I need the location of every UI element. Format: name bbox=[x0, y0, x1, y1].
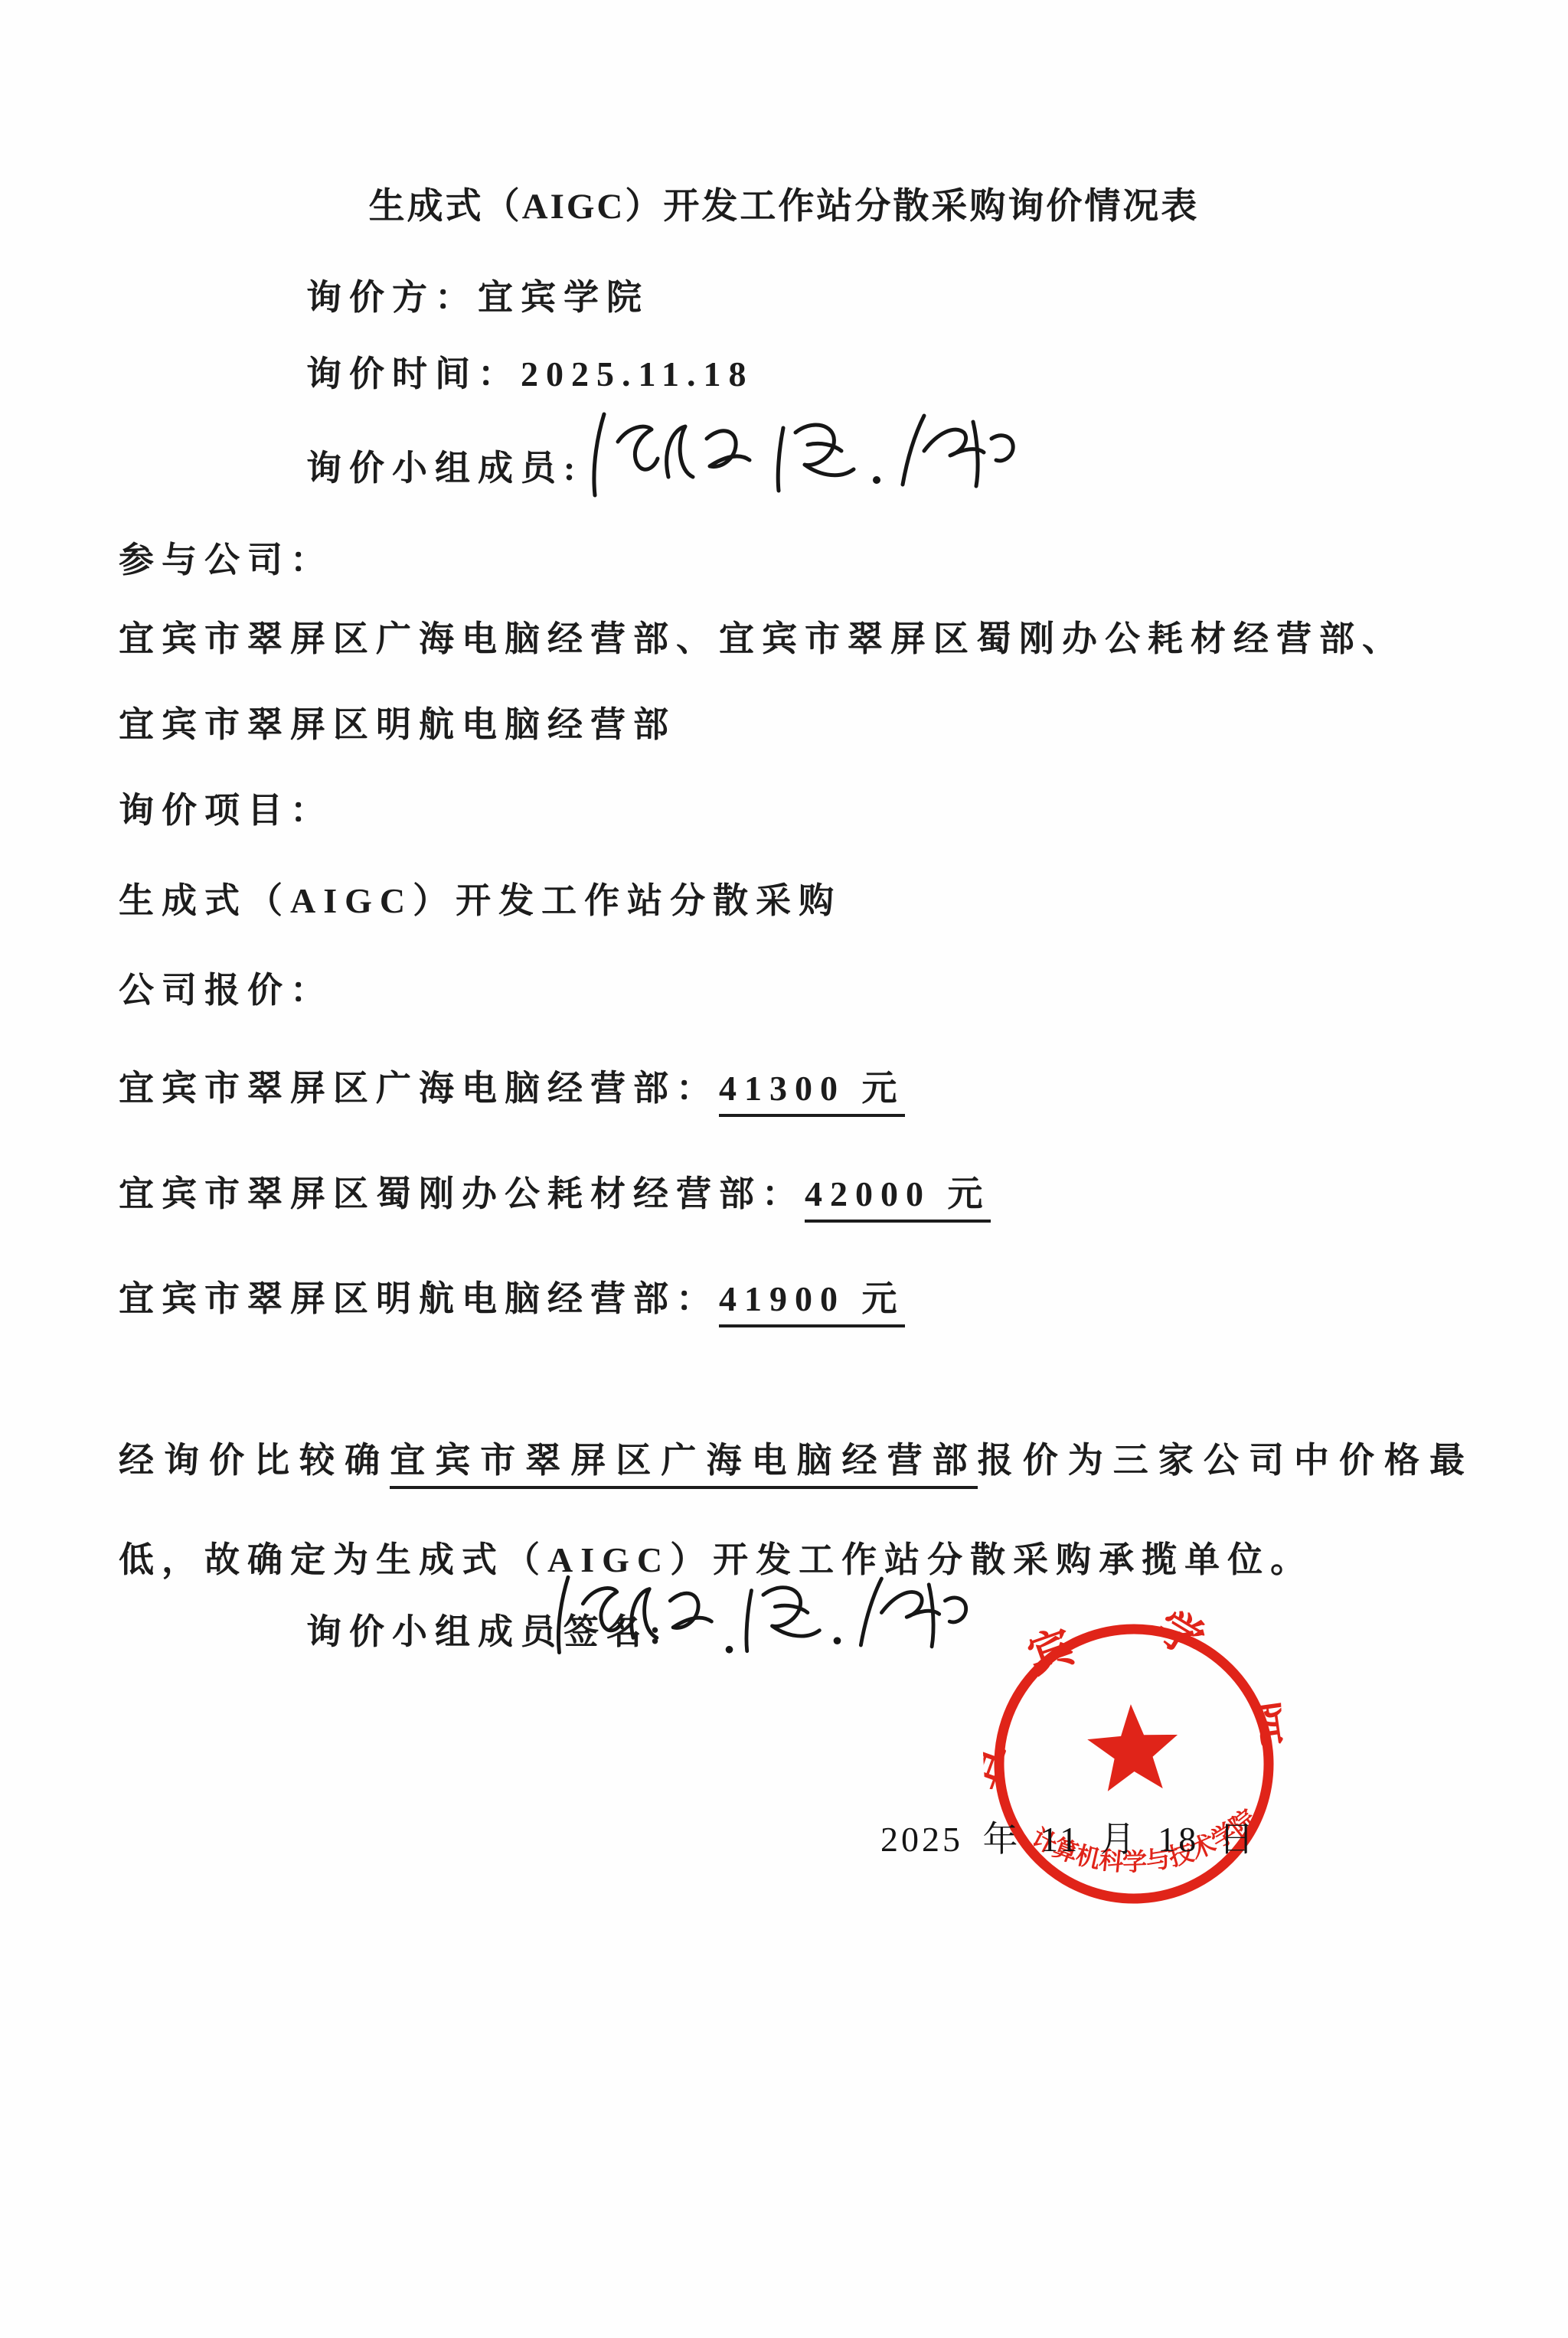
stamp-date: 2025 年 11 月 18 日 bbox=[880, 1811, 1257, 1862]
quote-company: 宜宾市翠屏区广海电脑经营部： bbox=[119, 1069, 719, 1108]
quote-company: 宜宾市翠屏区蜀刚办公耗材经营部： bbox=[119, 1174, 805, 1213]
project-name: 生成式（AIGC）开发工作站分散采购 bbox=[119, 873, 841, 923]
quote-price: 41900 元 bbox=[719, 1279, 905, 1327]
inquiry-time-line: 询价时间：2025.11.18 bbox=[306, 346, 753, 397]
star-icon bbox=[1086, 1702, 1181, 1792]
participants-line-2: 宜宾市翠屏区明航电脑经营部 bbox=[119, 697, 676, 747]
participants-label: 参与公司： bbox=[119, 532, 333, 583]
quote-price: 42000 元 bbox=[805, 1174, 991, 1223]
conclusion-winner-underlined: 宜宾市翠屏区广海电脑经营部 bbox=[390, 1441, 977, 1489]
inquiry-party-line: 询价方：宜宾学院 bbox=[306, 269, 649, 320]
quote-price: 41300 元 bbox=[719, 1069, 905, 1117]
quote-row: 宜宾市翠屏区明航电脑经营部：41900 元 bbox=[119, 1271, 905, 1321]
quote-row: 宜宾市翠屏区广海电脑经营部：41300 元 bbox=[119, 1060, 905, 1111]
quotes-label: 公司报价： bbox=[119, 962, 333, 1013]
official-seal-stamp: 宜宾学院 计算机科学与技术学院 bbox=[976, 1606, 1292, 1922]
inquiry-group-label: 询价小组成员: bbox=[306, 440, 583, 491]
participants-line-1: 宜宾市翠屏区广海电脑经营部、宜宾市翠屏区蜀刚办公耗材经营部、 bbox=[119, 611, 1405, 661]
quote-company: 宜宾市翠屏区明航电脑经营部： bbox=[119, 1279, 719, 1318]
scanned-document-page: 生成式（AIGC）开发工作站分散采购询价情况表 询价方：宜宾学院 询价时间：20… bbox=[0, 0, 1568, 2338]
document-title: 生成式（AIGC）开发工作站分散采购询价情况表 bbox=[0, 178, 1568, 229]
quote-row: 宜宾市翠屏区蜀刚办公耗材经营部：42000 元 bbox=[119, 1166, 991, 1216]
handwritten-signatures-row1 bbox=[578, 402, 1022, 524]
conclusion-prefix: 经询价比较确 bbox=[119, 1441, 390, 1480]
handwritten-signatures-row2 bbox=[547, 1562, 976, 1684]
project-label: 询价项目： bbox=[119, 782, 333, 833]
